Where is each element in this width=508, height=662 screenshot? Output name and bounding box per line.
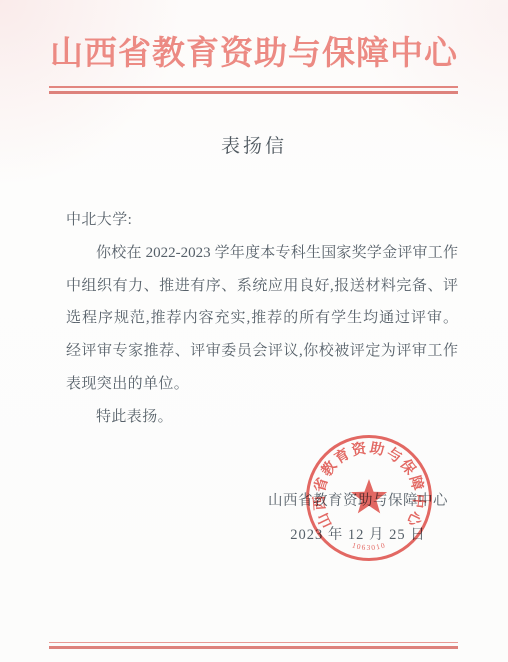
- letter-page: 山西省教育资助与保障中心 表扬信 中北大学: 你校在 2022-2023 学年度…: [0, 0, 508, 662]
- letterhead-org-name: 山西省教育资助与保障中心: [0, 27, 508, 74]
- official-seal: 山西省教育资助与保障中心 1401063010295: [299, 428, 439, 568]
- seal-star-icon: [351, 479, 387, 513]
- header-divider: [49, 86, 458, 94]
- salutation-line: 中北大学:: [66, 204, 458, 237]
- footer-divider: [49, 642, 458, 649]
- letter-body: 中北大学: 你校在 2022-2023 学年度本专科生国家奖学金评审工作 中组织…: [66, 204, 458, 434]
- body-line: 经评审专家推荐、评审委员会评议,你校被评定为评审工作: [66, 335, 458, 368]
- body-line: 表现突出的单位。: [66, 368, 458, 401]
- body-line: 你校在 2022-2023 学年度本专科生国家奖学金评审工作: [66, 237, 458, 270]
- letter-title: 表扬信: [0, 131, 508, 158]
- body-line: 选程序规范,推荐内容充实,推荐的所有学生均通过评审。: [66, 302, 458, 335]
- body-line: 中组织有力、推进有序、系统应用良好,报送材料完备、评: [66, 270, 458, 303]
